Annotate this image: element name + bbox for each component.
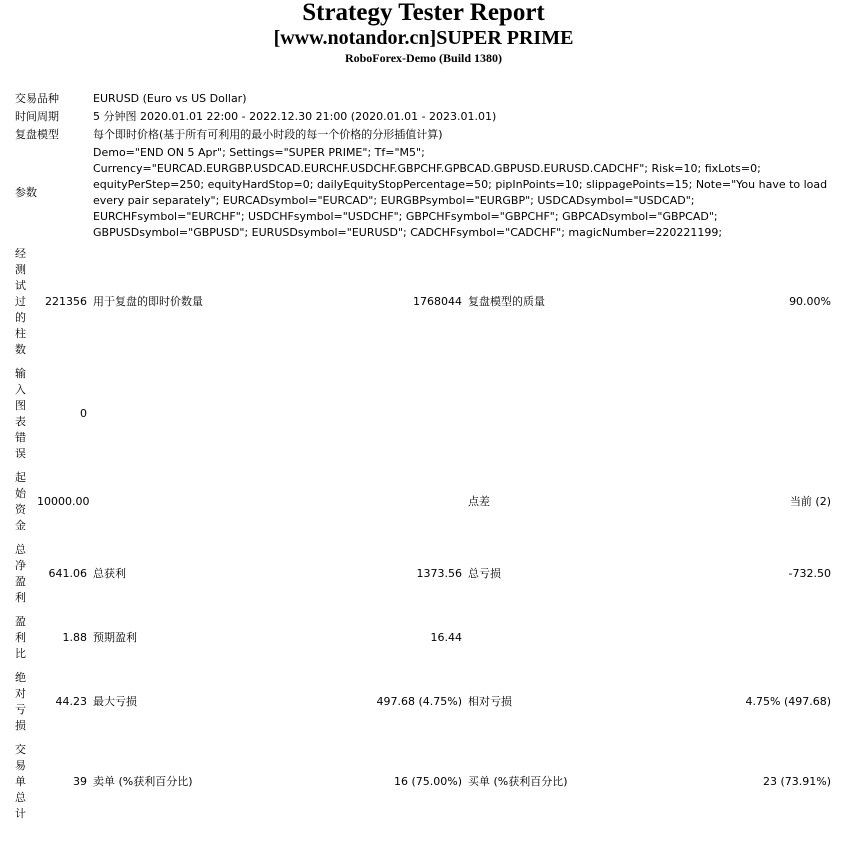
stat-value-2: 16 (75.00%) [355,738,465,826]
stat-label: 输入图表错误 [12,362,34,466]
stat-value-3: 当前 (2) [705,466,834,538]
row-params: 参数 Demo="END ON 5 Apr"; Settings="SUPER … [12,144,834,242]
report-header: Strategy Tester Report [www.notandor.cn]… [0,0,847,66]
stats-row: 起始资金10000.00点差当前 (2) [12,466,834,538]
stats-row: 总净盈利641.06总获利1373.56总亏损-732.50 [12,538,834,610]
report-build: RoboForex-Demo (Build 1380) [0,50,847,66]
stat-label-3: 买单 (%获利百分比) [465,738,705,826]
stat-label: 交易单总计 [12,738,34,826]
stat-label: 盈利比 [12,610,34,666]
report-table: 交易品种 EURUSD (Euro vs US Dollar) 时间周期 5 分… [12,90,834,826]
row-symbol: 交易品种 EURUSD (Euro vs US Dollar) [12,90,834,108]
symbol-label: 交易品种 [12,90,90,108]
stat-label-3: 总亏损 [465,538,705,610]
params-value: Demo="END ON 5 Apr"; Settings="SUPER PRI… [90,144,834,242]
stats-row: 经测试过的柱数221356用于复盘的即时价数量1768044复盘模型的质量90.… [12,242,834,362]
stat-label-2 [90,466,355,538]
stat-value-3: 23 (73.91%) [705,738,834,826]
stat-label-3: 相对亏损 [465,666,705,738]
stat-value-2: 1373.56 [355,538,465,610]
stat-label-3: 复盘模型的质量 [465,242,705,362]
stat-value: 39 [34,738,90,826]
stat-value: 221356 [34,242,90,362]
stat-label-2: 最大亏损 [90,666,355,738]
stat-value-3: -732.50 [705,538,834,610]
params-label: 参数 [12,144,90,242]
stat-value-2 [355,362,465,466]
stat-value: 0 [34,362,90,466]
symbol-value: EURUSD (Euro vs US Dollar) [90,90,834,108]
stat-value-2: 16.44 [355,610,465,666]
stat-label-2: 卖单 (%获利百分比) [90,738,355,826]
stats-row: 输入图表错误0 [12,362,834,466]
stat-value-3: 90.00% [705,242,834,362]
stats-row: 交易单总计39卖单 (%获利百分比)16 (75.00%)买单 (%获利百分比)… [12,738,834,826]
report-subtitle: [www.notandor.cn]SUPER PRIME [0,26,847,50]
stats-row: 盈利比1.88预期盈利16.44 [12,610,834,666]
stats-row: 绝对亏损44.23最大亏损497.68 (4.75%)相对亏损4.75% (49… [12,666,834,738]
stat-label: 绝对亏损 [12,666,34,738]
stat-label-3: 点差 [465,466,705,538]
stat-value-3: 4.75% (497.68) [705,666,834,738]
stat-value-3 [705,362,834,466]
stat-label-2: 总获利 [90,538,355,610]
stat-value: 44.23 [34,666,90,738]
period-label: 时间周期 [12,108,90,126]
row-period: 时间周期 5 分钟图 2020.01.01 22:00 - 2022.12.30… [12,108,834,126]
report-title: Strategy Tester Report [0,0,847,26]
stat-label: 经测试过的柱数 [12,242,34,362]
row-model: 复盘模型 每个即时价格(基于所有可利用的最小时段的每一个价格的分形插值计算) [12,126,834,144]
stat-value-2: 497.68 (4.75%) [355,666,465,738]
stat-value: 641.06 [34,538,90,610]
stat-label-2: 预期盈利 [90,610,355,666]
stat-label-3 [465,362,705,466]
stat-value-2: 1768044 [355,242,465,362]
period-value: 5 分钟图 2020.01.01 22:00 - 2022.12.30 21:0… [90,108,834,126]
stat-value-3 [705,610,834,666]
stat-label-2 [90,362,355,466]
stat-label-3 [465,610,705,666]
stat-label-2: 用于复盘的即时价数量 [90,242,355,362]
stat-value: 1.88 [34,610,90,666]
stat-value-2 [355,466,465,538]
stat-label: 起始资金 [12,466,34,538]
stat-value: 10000.00 [34,466,90,538]
model-value: 每个即时价格(基于所有可利用的最小时段的每一个价格的分形插值计算) [90,126,834,144]
stat-label: 总净盈利 [12,538,34,610]
model-label: 复盘模型 [12,126,90,144]
